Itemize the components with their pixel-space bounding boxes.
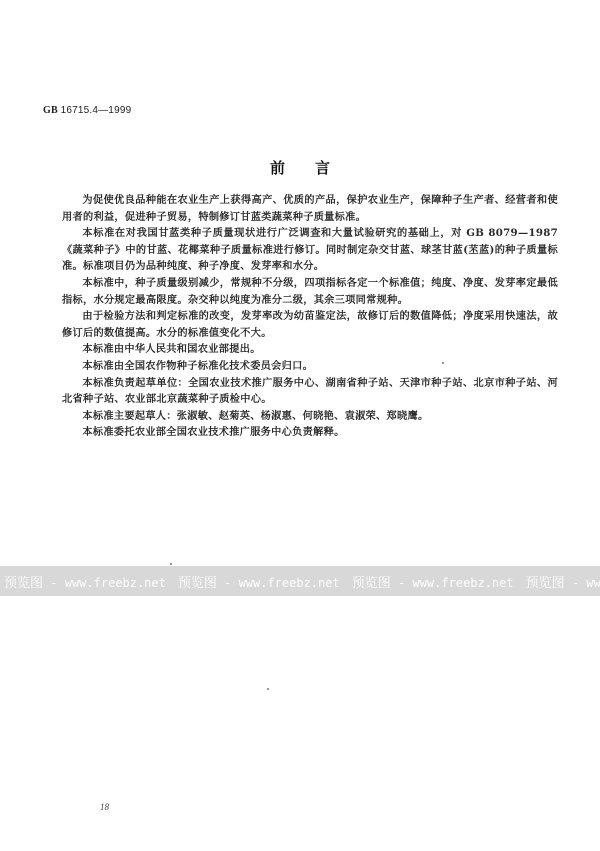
scan-speck [170,563,172,565]
paragraph-proposer: 本标准由中华人民共和国农业部提出。 [62,341,558,358]
page-number: 18 [100,802,109,812]
paragraph-purpose: 为促使优良品种能在农业生产上获得高产、优质的产品，保护农业生产，保障种子生产者、… [62,192,558,225]
standard-prefix: GB [43,105,58,116]
page-title: 前言 [0,157,600,178]
paragraph-interpretation: 本标准委托农业部全国农业技术推广服务中心负责解释。 [62,424,558,441]
watermark-item: 预览图 - www.freebz.net [178,572,340,591]
scan-speck [442,362,444,364]
watermark-item: 预览图 - www.freebz.net [4,572,166,591]
paragraph-drafters: 本标准主要起草人：张淑敏、赵菊英、杨淑惠、何晓艳、袁淑荣、郑晓鹰。 [62,408,558,425]
standard-number: 16715.4—1999 [61,105,132,116]
paragraph-basis: 本标准在对我国甘蓝类种子质量现状进行广泛调查和大量试验研究的基础上，对 GB 8… [62,225,558,275]
watermark-item: 预览图 - www.freebz.net [352,572,514,591]
scan-speck [267,688,269,690]
paragraph-centralized: 本标准由全国农作物种子标准化技术委员会归口。 [62,358,558,375]
paragraph-methods: 由于检验方法和判定标准的改变，发芽率改为幼苗鉴定法，故修订后的数值降低；净度采用… [62,308,558,341]
standard-code-header: GB 16715.4—1999 [43,105,131,116]
paragraph-grading: 本标准中，种子质量级别减少，常规种不分级，四项指标各定一个标准值；纯度、净度、发… [62,275,558,308]
watermark-item: 预览图 - www.freebz.net [526,572,600,591]
paragraph-drafting-units: 本标准负责起草单位：全国农业技术推广服务中心、湖南省种子站、天津市种子站、北京市… [62,375,558,408]
foreword-body: 为促使优良品种能在农业生产上获得高产、优质的产品，保护农业生产，保障种子生产者、… [62,192,558,441]
watermark-band: 预览图 - www.freebz.net 预览图 - www.freebz.ne… [0,566,600,596]
